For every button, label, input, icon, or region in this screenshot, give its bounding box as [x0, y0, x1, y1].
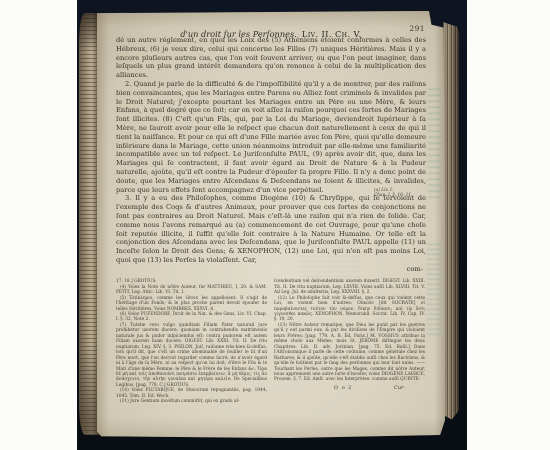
- page-number: 291: [409, 24, 425, 33]
- footnote: (5) Ἐπίκληροι, comme les Grecs les appel…: [116, 296, 267, 312]
- gathering-signature: O o 2: [334, 385, 352, 391]
- page-catchword: Cur-: [394, 385, 405, 391]
- body-catchword: com-: [116, 265, 426, 274]
- body-paragraph: 2. Quand je parle de la difficulté & de …: [116, 80, 426, 194]
- footnote: (4) Voïez la Note de nôtre Auteur, ſur M…: [116, 285, 267, 296]
- footnotes-right-column: ſcendentium vel deſcendentium uxorem dux…: [274, 279, 425, 404]
- body-text: dé un autre réglement, en quoi les Loix …: [116, 36, 426, 273]
- footnotes-left-column: 17, 18.] GROTIUS. (4) Voïez la Note de n…: [116, 279, 267, 404]
- running-header: d'un droit ſur les Perſonnes. Liv. II. C…: [116, 22, 426, 36]
- running-header-chapter: Liv. II. Ch. V.: [302, 29, 362, 39]
- ink-bleed-mark: [300, 252, 360, 292]
- footnote: (13) Nôtre Auteur remarque, que Dieu les…: [274, 323, 425, 383]
- footnote: (12) Le Philoſophe fait voir là-deſſus, …: [274, 296, 425, 323]
- margin-note-line: Chap. I. §. 10, 11.: [374, 193, 424, 198]
- footnote: (11) Jure Gentium inceſtum committit, qu…: [116, 399, 267, 404]
- ink-bleed-mark: [427, 240, 441, 335]
- running-header-title: d'un droit ſur les Perſonnes.: [180, 29, 296, 39]
- body-paragraph: 3. Il y a eu des Philoſophes, comme Diog…: [116, 194, 426, 264]
- footnote: (10) Voïez PLUTARQUE, de Stoicorum repug…: [116, 388, 267, 399]
- page-text-block: d'un droit ſur les Perſonnes. Liv. II. C…: [116, 22, 426, 405]
- footnote: (7) Tutelæ vero vulgo quæſitam Filiam Pa…: [116, 323, 267, 388]
- book-page: d'un droit ſur les Perſonnes. Liv. II. C…: [97, 11, 445, 438]
- margin-note: (a) Liv. I. Chap. I. §. 10, 11.: [374, 188, 424, 199]
- signature-row: O o 2 Cur-: [274, 385, 425, 392]
- book-fore-edge-pages: [443, 22, 459, 422]
- body-paragraph: dé un autre réglement, en quoi les Loix …: [116, 36, 426, 80]
- ink-bleed-mark: [428, 88, 441, 198]
- book-scan-photo: d'un droit ſur les Perſonnes. Liv. II. C…: [0, 0, 550, 450]
- book-gutter-page-edges: [79, 13, 99, 435]
- footnote: (6) Voïez PUFENDORF, Droit de la Nat. & …: [116, 312, 267, 323]
- footnotes-section: 17, 18.] GROTIUS. (4) Voïez la Note de n…: [116, 279, 426, 404]
